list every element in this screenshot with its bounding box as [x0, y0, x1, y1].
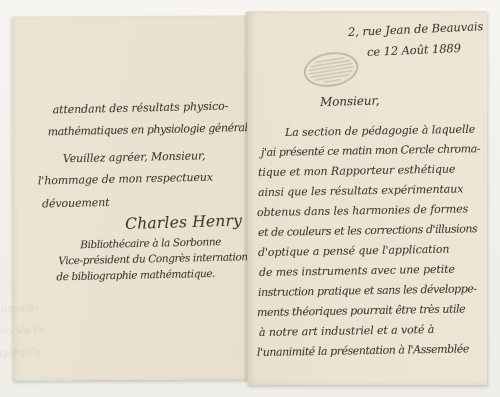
letter-body-line: tique et mon Rapporteur esthétique — [258, 163, 456, 179]
letter-closing-line: dévouement — [42, 196, 110, 210]
letter-closing-line: l'hommage de mon respectueux — [38, 171, 213, 188]
letter-body-line: d'optique a pensé que l'application — [258, 243, 450, 259]
ink-bleedthrough-line: et de couleurs et les corrections d'illu… — [0, 323, 44, 341]
letter-body-line: obtenus dans les harmonies de formes — [257, 202, 468, 219]
page-fold — [243, 12, 248, 382]
letter-scan: attendant des résultats physico- mathéma… — [0, 0, 500, 397]
letter-body-line: j'ai présenté ce matin mon Cercle chroma… — [261, 142, 480, 159]
letter-body-line: à notre art industriel et a voté à — [259, 323, 434, 339]
signature-title-line: Bibliothécaire à la Sorbonne — [80, 236, 221, 251]
date-line: ce 12 Août 1889 — [367, 41, 461, 59]
letter-page-left: attendant des résultats physico- mathéma… — [12, 15, 248, 380]
letter-body-line: ments théoriques pourrait être très util… — [257, 302, 465, 319]
letter-closing-line: Veuillez agréer, Monsieur, — [63, 149, 206, 165]
letter-body-line: instruction pratique et sans les dévelop… — [258, 282, 477, 299]
letter-body-line: attendant des résultats physico- — [52, 100, 228, 117]
letter-body-line: mathématiques en physiologie générale. — [48, 121, 257, 139]
letter-body-line: La section de pédagogie à laquelle — [285, 123, 475, 139]
oval-ink-stamp-icon — [302, 49, 360, 90]
letter-page-right: 2, rue Jean de Beauvais ce 12 Août 1889 … — [247, 11, 487, 385]
letter-body-line: de mes instruments avec une petite — [259, 263, 455, 279]
salutation: Monsieur, — [320, 93, 380, 109]
letter-body-line: ainsi que les résultats expérimentaux — [258, 182, 464, 199]
ink-bleedthrough-line: d'optique a pensé que l'application — [0, 345, 41, 362]
signature: Charles Henry — [125, 211, 242, 233]
letter-body-line: et de couleurs et les corrections d'illu… — [258, 222, 477, 239]
letter-body-line: l'unanimité la présentation à l'Assemblé… — [257, 342, 469, 359]
address-line: 2, rue Jean de Beauvais — [348, 19, 484, 39]
signature-title-line: Vice-président du Congrès international — [58, 251, 256, 267]
signature-title-line: de bibliographie mathématique. — [56, 268, 215, 283]
ink-bleedthrough-line: obtenus dans les harmonies de formes — [0, 301, 39, 319]
